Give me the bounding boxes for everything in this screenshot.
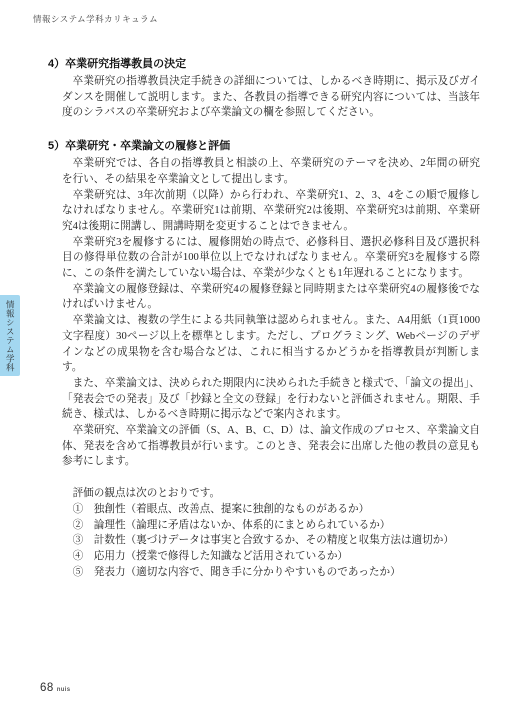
page-content: 4）卒業研究指導教員の決定 卒業研究の指導教員決定手続きの詳細については、しかる… (48, 56, 480, 580)
evaluation-criteria: 評価の観点は次のとおりです。 ① 独創性（着眼点、改善点、提案に独創的なものがあ… (62, 486, 480, 580)
section-5-number: 5） (48, 140, 65, 152)
running-header: 情報システム学科カリキュラム (33, 13, 158, 25)
paragraph: 卒業研究では、各自の指導教員と相談の上、卒業研究のテーマを決め、2年間の研究を行… (62, 156, 480, 187)
criteria-intro: 評価の観点は次のとおりです。 (62, 486, 480, 502)
criteria-item-3: ③ 計数性（裏づけデータは事実と合致するか、その精度と収集方法は適切か） (62, 533, 480, 549)
criteria-item-2: ② 論理性（論理に矛盾はないか、体系的にまとめられているか） (62, 518, 480, 534)
section-4: 4）卒業研究指導教員の決定 卒業研究の指導教員決定手続きの詳細については、しかる… (62, 56, 480, 121)
university-logo: nuis (57, 687, 71, 693)
criteria-item-4: ④ 応用力（授業で修得した知識など活用されているか） (62, 549, 480, 565)
section-4-heading: 4）卒業研究指導教員の決定 (48, 56, 480, 72)
page-footer: 68 nuis (40, 682, 70, 694)
section-5: 5）卒業研究・卒業論文の履修と評価 卒業研究では、各自の指導教員と相談の上、卒業… (62, 138, 480, 580)
criteria-item-5: ⑤ 発表力（適切な内容で、聞き手に分かりやすいものであったか） (62, 565, 480, 581)
section-5-title: 卒業研究・卒業論文の履修と評価 (65, 140, 230, 152)
paragraph: 卒業研究は、3年次前期（以降）から行われ、卒業研究1、2、3、4をこの順で履修し… (62, 188, 480, 235)
criteria-item-1: ① 独創性（着眼点、改善点、提案に独創的なものがあるか） (62, 502, 480, 518)
paragraph: 卒業論文の履修登録は、卒業研究4の履修登録と同時期または卒業研究4の履修後でなけ… (62, 282, 480, 313)
paragraph: 卒業研究の指導教員決定手続きの詳細については、しかるべき時期に、掲示及びガイダン… (62, 74, 480, 121)
paragraph: 卒業論文は、複数の学生による共同執筆は認められません。また、A4用紙（1頁100… (62, 313, 480, 376)
paragraph: 卒業研究3を履修するには、履修開始の時点で、必修科目、選択必修科目及び選択科目の… (62, 235, 480, 282)
side-tab-label: 情報システム学科 (6, 300, 15, 372)
section-4-number: 4） (48, 58, 65, 70)
document-page: 情報システム学科カリキュラム 情報システム学科 4）卒業研究指導教員の決定 卒業… (0, 0, 509, 720)
side-tab: 情報システム学科 (0, 295, 20, 376)
section-4-title: 卒業研究指導教員の決定 (65, 58, 186, 70)
paragraph: 卒業研究、卒業論文の評価（S、A、B、C、D）は、論文作成のプロセス、卒業論文自… (62, 423, 480, 470)
paragraph: また、卒業論文は、決められた期限内に決められた手続きと様式で、「論文の提出」、「… (62, 376, 480, 423)
section-5-heading: 5）卒業研究・卒業論文の履修と評価 (48, 138, 480, 154)
page-number: 68 (40, 682, 54, 694)
